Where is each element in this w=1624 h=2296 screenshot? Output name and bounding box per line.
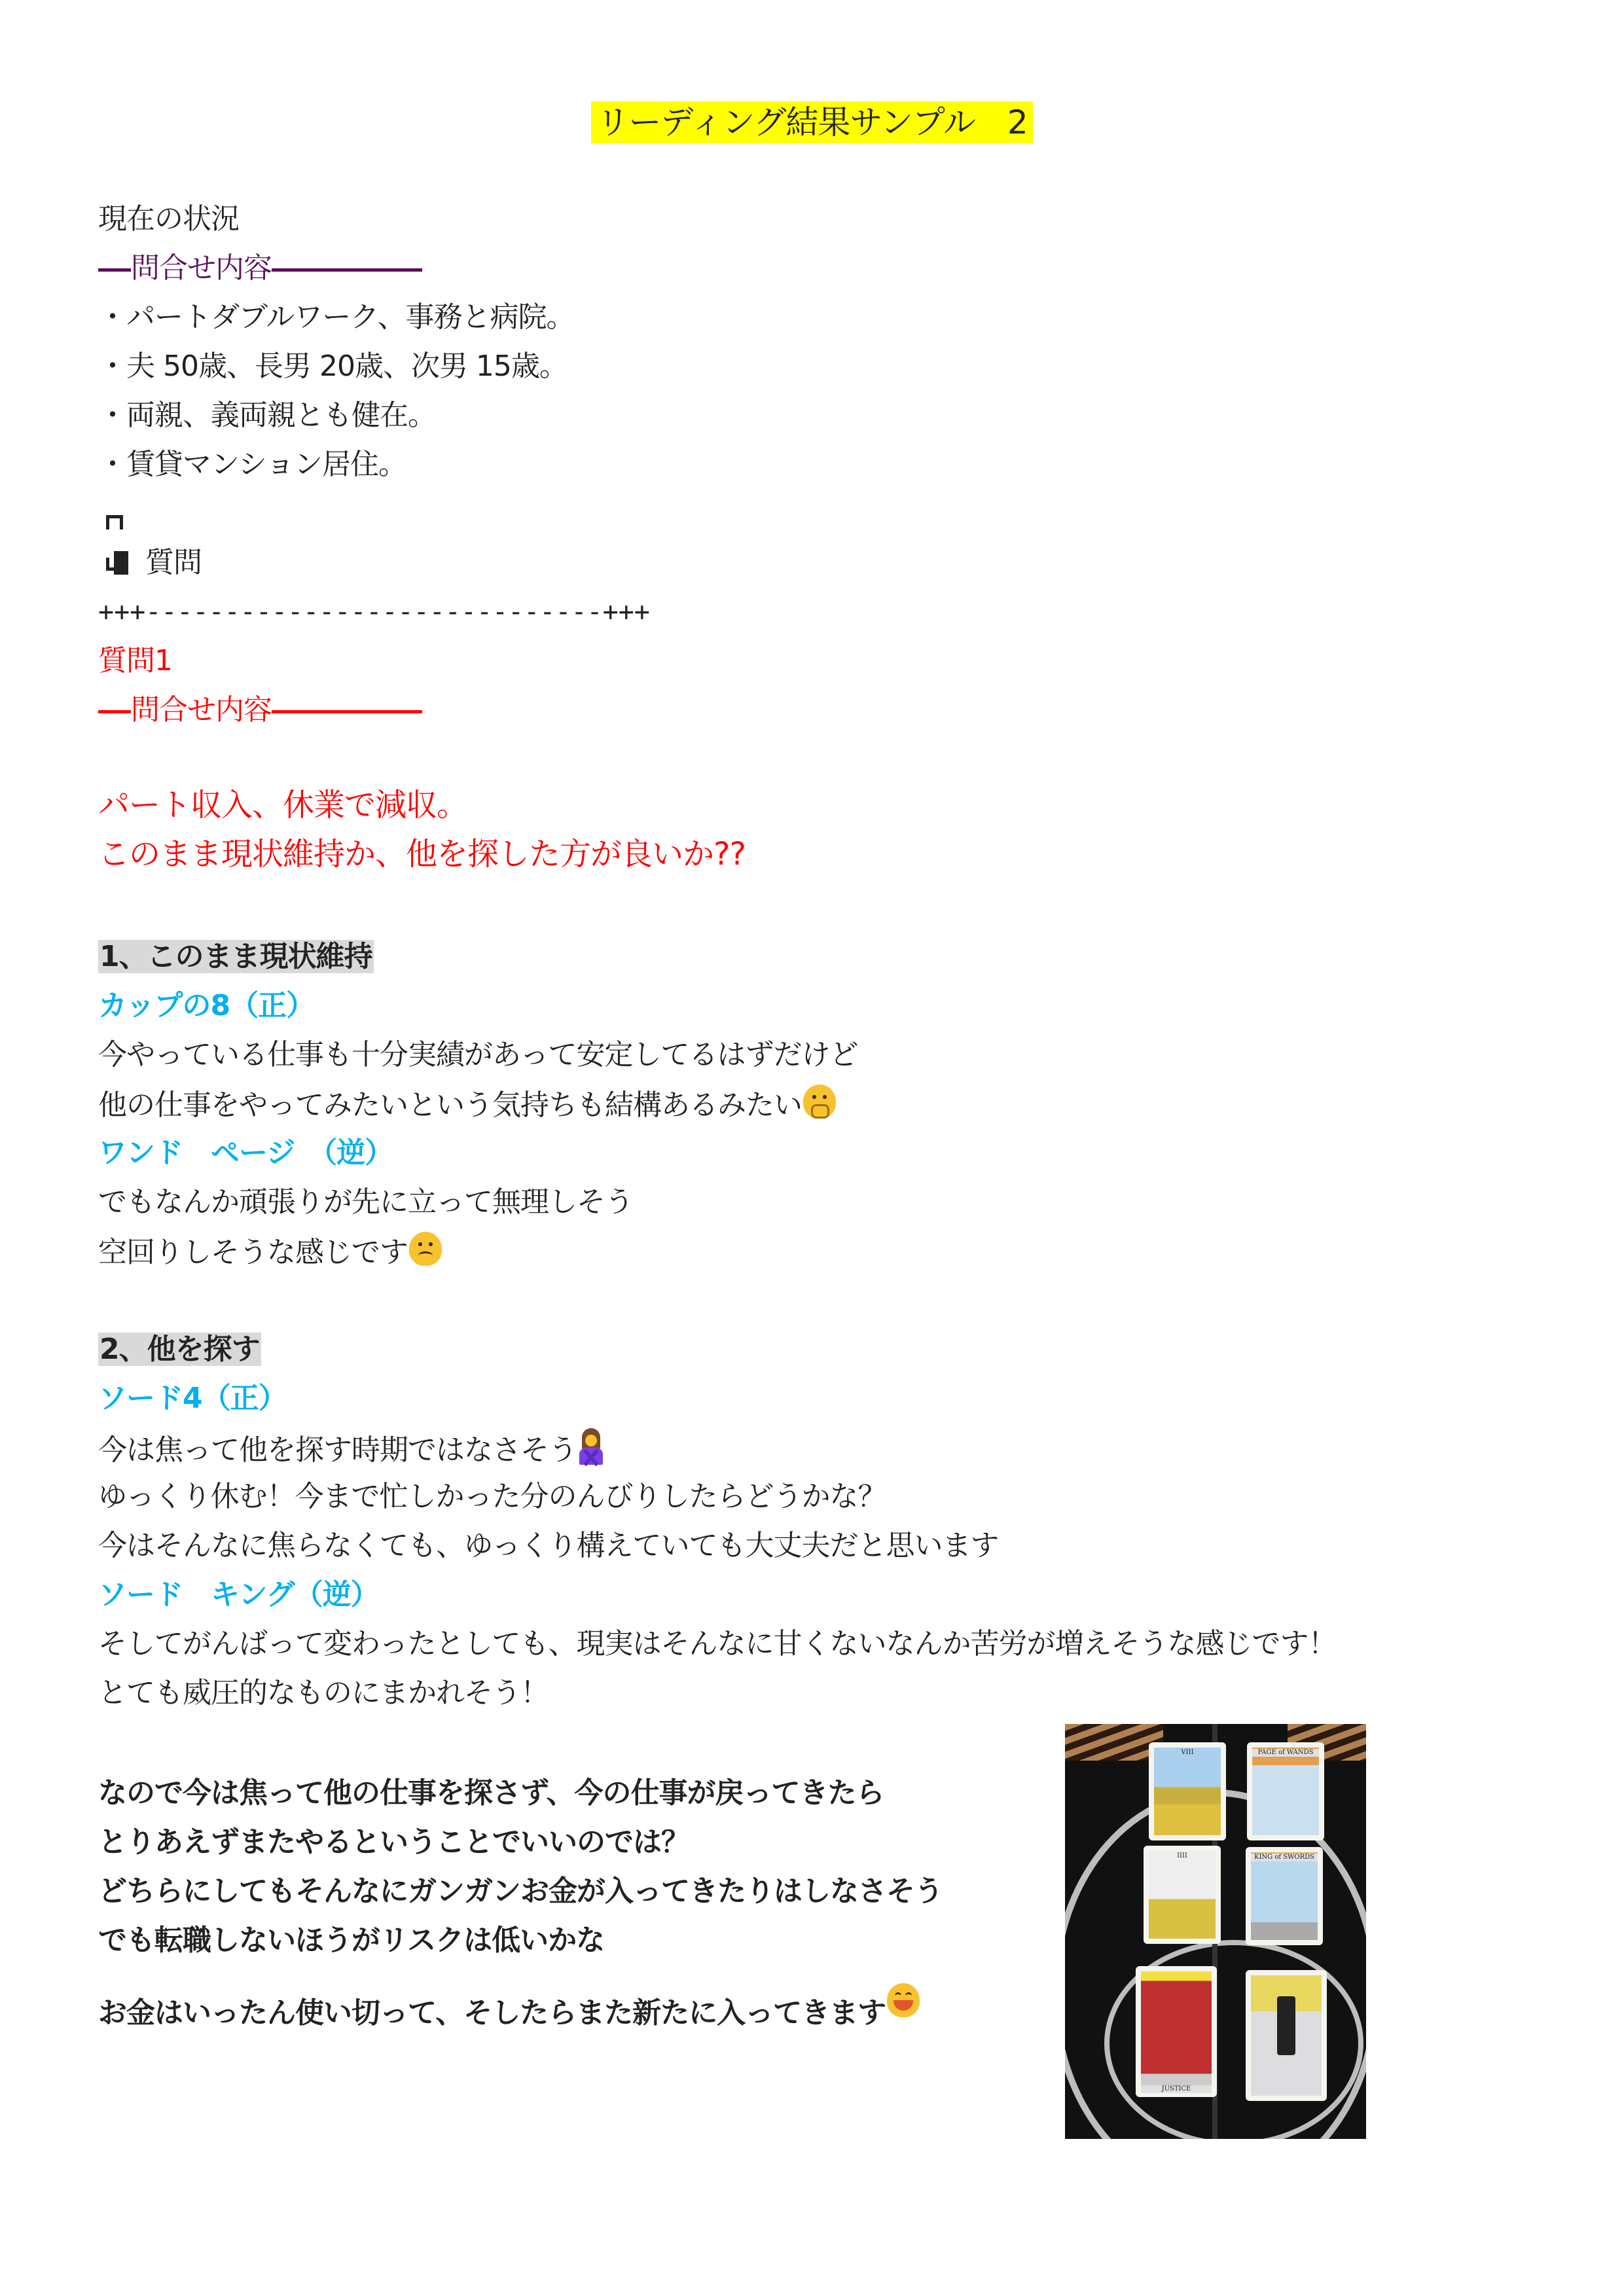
inquiry-label-text: 問合せ内容 [131, 693, 272, 726]
reading-line: そしてがんばって変わったとしても、現実はそんなに甘くないなんか苦労が増えそうな感… [98, 1624, 1337, 1664]
situation-bullet: ・夫 50歳、長男 20歳、次男 15歳。 [98, 347, 568, 386]
tarot-card: JUSTICE [1136, 1966, 1217, 2097]
question1-line: このまま現状維持か、他を探した方が良いか?? [98, 834, 746, 874]
inquiry-label-red: 問合せ内容 [98, 691, 422, 730]
tarot-card: VIII [1149, 1742, 1226, 1840]
rule-left [98, 710, 131, 713]
thinking-face-icon [803, 1085, 836, 1119]
woman-gesturing-no-icon [577, 1428, 605, 1465]
title-wrapper: リーディング結果サンプル 2 [0, 101, 1624, 143]
document-title: リーディング結果サンプル 2 [591, 101, 1032, 143]
card-name: カップの8（正） [98, 986, 314, 1026]
question-heading: 質問 [106, 543, 202, 583]
option1-heading-text: 1、このまま現状維持 [98, 940, 374, 973]
black-square-icon [114, 551, 128, 575]
card-name: ソード キング（逆） [98, 1575, 379, 1615]
separator-line: +++-----------------------------+++ [98, 592, 650, 632]
card-name: ソード4（正） [98, 1379, 287, 1418]
reading-line: 今はそんなに焦らなくても、ゆっくり構えていても大丈夫だと思います [98, 1526, 999, 1566]
reading-line: でもなんか頑張りが先に立って無理しそう [98, 1183, 633, 1222]
bracket-corner-icon [106, 558, 114, 571]
option2-heading-text: 2、他を探す [98, 1333, 261, 1366]
question1-label: 質問1 [98, 641, 172, 681]
reading-line: ゆっくり休む！今まで忙しかった分のんびりしたらどうかな？ [98, 1477, 886, 1516]
tarot-card: PAGE of WANDS [1247, 1742, 1324, 1840]
situation-heading: 現在の状況 [98, 200, 239, 239]
reading-line: 今やっている仕事も十分実績があって安定してるはずだけど [98, 1035, 858, 1075]
smiling-face-icon [887, 1983, 920, 2017]
tarot-card: KING of SWORDS [1246, 1847, 1323, 1945]
tarot-card: IIII [1144, 1846, 1221, 1944]
tarot-card [1246, 1970, 1327, 2101]
situation-bullet: ・パートダブルワーク、事務と病院。 [98, 298, 574, 337]
inquiry-label-purple: 問合せ内容 [98, 249, 422, 288]
option1-heading: 1、このまま現状維持 [98, 937, 374, 977]
rule-right [272, 710, 422, 713]
question-label: 質問 [145, 546, 202, 579]
conclusion-line: でも転職しないほうがリスクは低いかな [98, 1921, 604, 1960]
inquiry-label-text: 問合せ内容 [131, 251, 272, 285]
reading-line-text: 他の仕事をやってみたいという気持ちも結構あるみたい [98, 1088, 802, 1122]
card-name: ワンド ページ （逆） [98, 1134, 393, 1173]
conclusion-final-line: お金はいったん使い切って、そしたらまた新たに入ってきます [98, 1983, 920, 2033]
rule-right [272, 268, 422, 272]
reading-line-with-emoji: 空回りしそうな感じです [98, 1232, 442, 1272]
option2-heading: 2、他を探す [98, 1330, 261, 1369]
conclusion-final-text: お金はいったん使い切って、そしたらまた新たに入ってきます [98, 1996, 886, 2030]
reading-line-text: 今は焦って他を探す時期ではなさそう [98, 1433, 577, 1467]
conclusion-line: とりあえずまたやるということでいいのでは？ [98, 1823, 689, 1862]
question1-line: パート収入、休業で減収。 [98, 785, 467, 825]
frowning-face-icon [409, 1232, 442, 1266]
reading-line-text: 空回りしそうな感じです [98, 1236, 408, 1269]
conclusion-line: なので今は焦って他の仕事を探さず、今の仕事が戻ってきたら [98, 1774, 884, 1813]
reading-line-with-emoji: 今は焦って他を探す時期ではなさそう [98, 1428, 605, 1470]
rule-left [98, 268, 131, 272]
conclusion-line: どちらにしてもそんなにガンガンお金が入ってきたりはしなさそう [98, 1872, 943, 1911]
reading-line: とても威圧的なものにまかれそう！ [98, 1674, 549, 1713]
bracket-top-icon [106, 501, 123, 540]
reading-line-with-emoji: 他の仕事をやってみたいという気持ちも結構あるみたい [98, 1085, 836, 1125]
situation-bullet: ・両親、義両親とも健在。 [98, 396, 436, 435]
tarot-spread-photo: VIII PAGE of WANDS IIII KING of SWORDS J… [1065, 1724, 1366, 2139]
situation-bullet: ・賃貸マンション居住。 [98, 445, 406, 484]
